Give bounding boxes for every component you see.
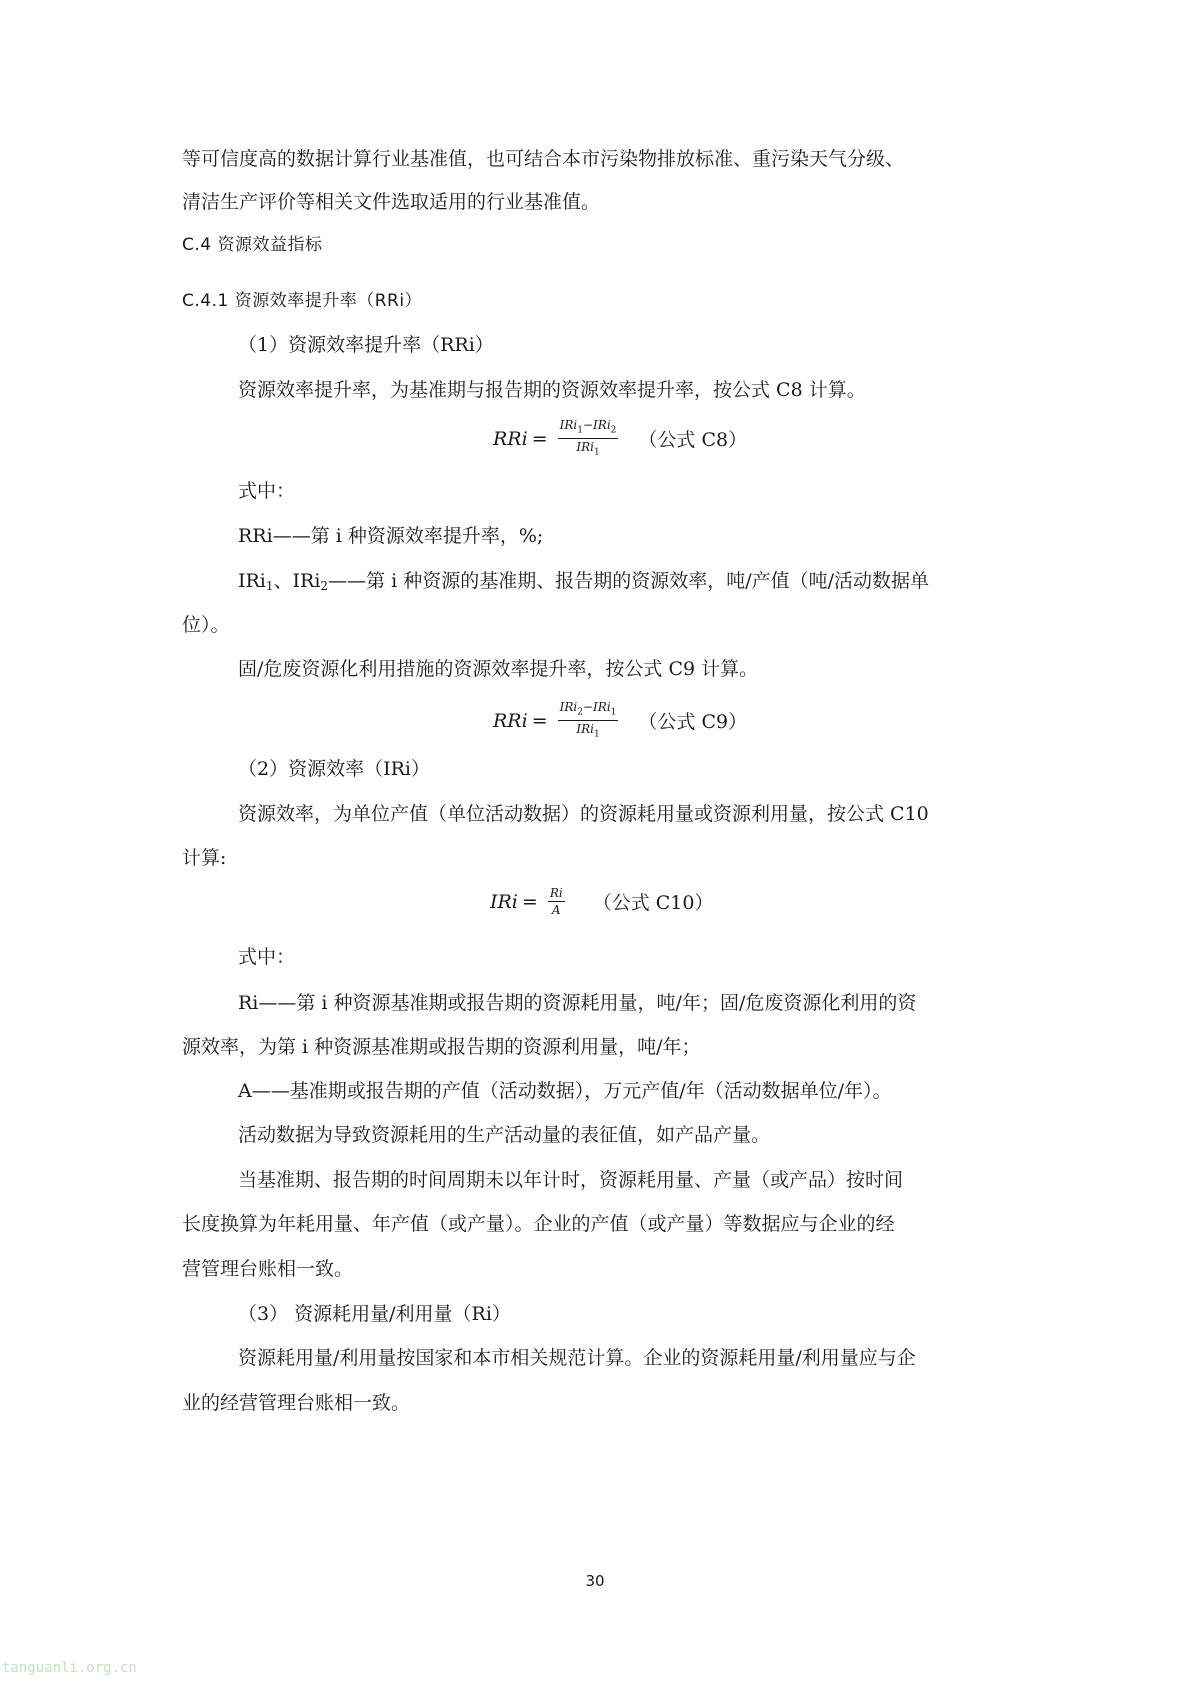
- activity-note: 活动数据为导致资源耗用的生产活动量的表征值，如产品产量。: [238, 1122, 770, 1148]
- formula-c10-numerator: Ri: [548, 886, 565, 902]
- formula-c9-equals: =: [532, 710, 548, 732]
- definition-a: A——基准期或报告期的产值（活动数据），万元产值/年（活动数据单位/年）。: [238, 1078, 892, 1104]
- where-label-1: 式中：: [238, 478, 295, 504]
- part1-description: 资源效率提升率，为基准期与报告期的资源效率提升率，按公式 C8 计算。: [238, 377, 866, 403]
- formula-c8-fraction: IRi1−IRi2 IRi1: [558, 418, 619, 460]
- formula-c10-tag: （公式 C10）: [593, 888, 714, 915]
- formula-c8-tag: （公式 C8）: [638, 425, 747, 452]
- page-number: 30: [0, 1572, 1190, 1590]
- period-note-line-3: 营管理台账相一致。: [182, 1256, 353, 1282]
- watermark: tanguanli.org.cn: [2, 1660, 137, 1676]
- formula-c10-denominator: A: [552, 902, 561, 917]
- section-heading: C.4 资源效益指标: [182, 232, 323, 258]
- formula-c8: RRi = IRi1−IRi2 IRi1 （公式 C8）: [493, 418, 747, 460]
- definition-rri: RRi——第 i 种资源效率提升率，%;: [238, 523, 543, 549]
- formula-c9-tag: （公式 C9）: [638, 707, 747, 734]
- intro-line-2: 清洁生产评价等相关文件选取适用的行业基准值。: [182, 189, 600, 215]
- definition-iri-continued: 位）。: [182, 612, 230, 638]
- formula-c8-lhs: RRi: [493, 428, 528, 450]
- formula-c9-fraction: IRi2−IRi1 IRi1: [558, 700, 619, 742]
- part1-title: （1）资源效率提升率（RRi）: [238, 332, 494, 358]
- formula-c8-equals: =: [532, 428, 548, 450]
- formula-c8-denominator: IRi1: [576, 439, 599, 459]
- part2-description-line-2: 计算:: [182, 845, 226, 871]
- period-note-line-1: 当基准期、报告期的时间周期未以年计时，资源耗用量、产量（或产品）按时间: [238, 1167, 903, 1193]
- part2-description-line-1: 资源效率，为单位产值（单位活动数据）的资源耗用量或资源利用量，按公式 C10: [238, 801, 929, 827]
- part2-title: （2）资源效率（IRi）: [238, 756, 430, 782]
- solid-waste-description: 固/危废资源化利用措施的资源效率提升率，按公式 C9 计算。: [238, 656, 758, 682]
- definition-ri-line-2: 源效率，为第 i 种资源基准期或报告期的资源利用量，吨/年；: [182, 1034, 701, 1060]
- formula-c9-numerator: IRi2−IRi1: [558, 700, 619, 721]
- formula-c9-denominator: IRi1: [576, 721, 599, 741]
- formula-c9-lhs: RRi: [493, 710, 528, 732]
- formula-c8-numerator: IRi1−IRi2: [558, 418, 619, 439]
- formula-c10-lhs: IRi: [490, 891, 518, 913]
- where-label-2: 式中：: [238, 944, 295, 970]
- definition-ri-line-1: Ri——第 i 种资源基准期或报告期的资源耗用量，吨/年；固/危废资源化利用的资: [238, 990, 916, 1016]
- formula-c9: RRi = IRi2−IRi1 IRi1 （公式 C9）: [493, 700, 747, 742]
- part3-title: （3） 资源耗用量/利用量（Ri）: [238, 1301, 511, 1327]
- period-note-line-2: 长度换算为年耗用量、年产值（或产量）。企业的产值（或产量）等数据应与企业的经: [182, 1211, 895, 1237]
- part3-description-line-2: 业的经营管理台账相一致。: [182, 1390, 410, 1416]
- formula-c10-equals: =: [522, 891, 538, 913]
- part3-description-line-1: 资源耗用量/利用量按国家和本市相关规范计算。企业的资源耗用量/利用量应与企: [238, 1345, 916, 1371]
- definition-iri: IRi1、IRi2——第 i 种资源的基准期、报告期的资源效率，吨/产值（吨/活…: [238, 568, 929, 599]
- formula-c10: IRi = Ri A （公式 C10）: [490, 886, 713, 917]
- subsection-heading: C.4.1 资源效率提升率（RRi）: [182, 288, 422, 314]
- formula-c10-fraction: Ri A: [548, 886, 565, 917]
- intro-line-1: 等可信度高的数据计算行业基准值，也可结合本市污染物排放标准、重污染天气分级、: [182, 146, 904, 172]
